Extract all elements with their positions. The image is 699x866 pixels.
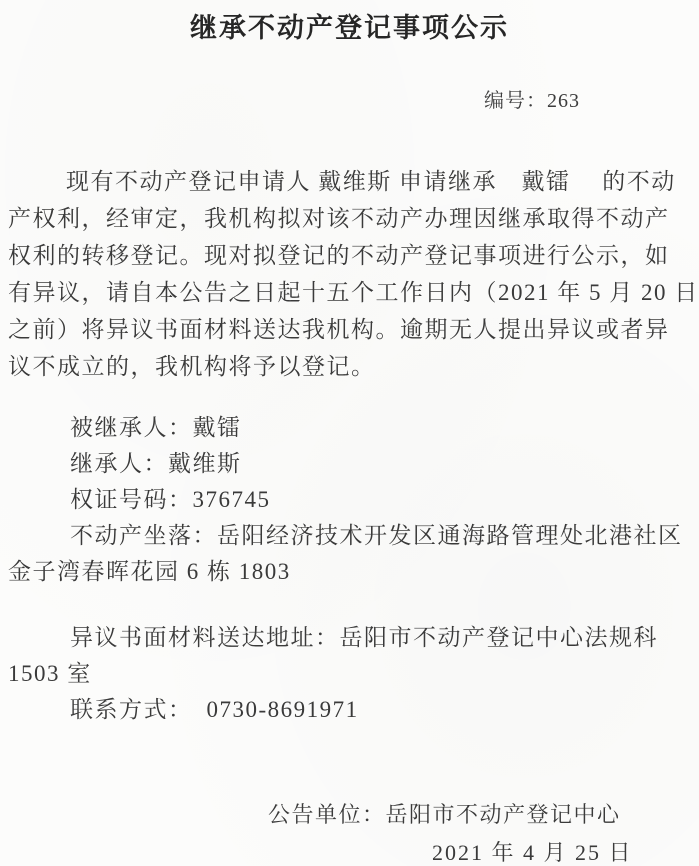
field-certificate-number-value: 376745 bbox=[193, 487, 271, 512]
body-line: 产权利，经审定，我机构拟对该不动产办理因继承取得不动产 bbox=[8, 200, 692, 237]
issuer-line: 公告单位：岳阳市不动产登记中心 bbox=[268, 798, 621, 829]
contact-label: 联系方式： bbox=[70, 697, 193, 722]
scanned-notice-document: 继承不动产登记事项公示 编号：263 现有不动产登记申请人 戴维斯 申请继承 戴… bbox=[0, 0, 699, 866]
contact-line: 联系方式：0730-8691971 bbox=[0, 692, 699, 728]
document-number: 编号：263 bbox=[484, 84, 580, 113]
document-number-value: 263 bbox=[547, 90, 580, 112]
field-property-location-continuation: 金子湾春晖花园 6 栋 1803 bbox=[0, 554, 699, 590]
issue-date: 2021 年 4 月 25 日 bbox=[432, 836, 633, 866]
field-certificate-number: 权证号码：376745 bbox=[0, 482, 699, 518]
objection-address-value: 岳阳市不动产登记中心法规科 bbox=[340, 625, 659, 650]
objection-address-label: 异议书面材料送达地址： bbox=[70, 625, 340, 650]
field-certificate-number-label: 权证号码： bbox=[70, 487, 193, 512]
objection-address-continuation: 1503 室 bbox=[0, 656, 699, 692]
issuer-label: 公告单位： bbox=[268, 802, 386, 827]
issuer-value: 岳阳市不动产登记中心 bbox=[386, 802, 621, 827]
body-line: 议不成立的，我机构将予以登记。 bbox=[8, 348, 692, 385]
registration-fields: 被继承人：戴镭 继承人：戴维斯 权证号码：376745 不动产坐落：岳阳经济技术… bbox=[0, 410, 699, 590]
field-decedent-value: 戴镭 bbox=[193, 415, 242, 440]
field-heir-label: 继承人： bbox=[70, 451, 168, 476]
field-decedent: 被继承人：戴镭 bbox=[0, 410, 699, 446]
field-property-location-value: 岳阳经济技术开发区通海路管理处北港社区 bbox=[217, 523, 683, 548]
field-property-location: 不动产坐落：岳阳经济技术开发区通海路管理处北港社区 bbox=[0, 518, 699, 554]
objection-address: 异议书面材料送达地址：岳阳市不动产登记中心法规科 bbox=[0, 620, 699, 656]
contact-phone-value: 0730-8691971 bbox=[207, 697, 359, 722]
body-line: 有异议，请自本公告之日起十五个工作日内（2021 年 5 月 20 日 bbox=[8, 274, 692, 311]
field-heir: 继承人：戴维斯 bbox=[0, 446, 699, 482]
document-number-label: 编号： bbox=[484, 90, 547, 112]
objection-section: 异议书面材料送达地址：岳阳市不动产登记中心法规科 1503 室 联系方式：073… bbox=[0, 620, 699, 728]
field-heir-value: 戴维斯 bbox=[168, 451, 242, 476]
body-line: 之前）将异议书面材料送达我机构。逾期无人提出异议或者异 bbox=[8, 311, 692, 348]
body-line: 权利的转移登记。现对拟登记的不动产登记事项进行公示，如 bbox=[8, 237, 692, 274]
document-title: 继承不动产登记事项公示 bbox=[0, 6, 699, 45]
field-property-location-label: 不动产坐落： bbox=[70, 523, 217, 548]
field-decedent-label: 被继承人： bbox=[70, 415, 193, 440]
body-line: 现有不动产登记申请人 戴维斯 申请继承 戴镭 的不动 bbox=[8, 163, 692, 200]
notice-body-paragraph: 现有不动产登记申请人 戴维斯 申请继承 戴镭 的不动 产权利，经审定，我机构拟对… bbox=[8, 163, 692, 385]
